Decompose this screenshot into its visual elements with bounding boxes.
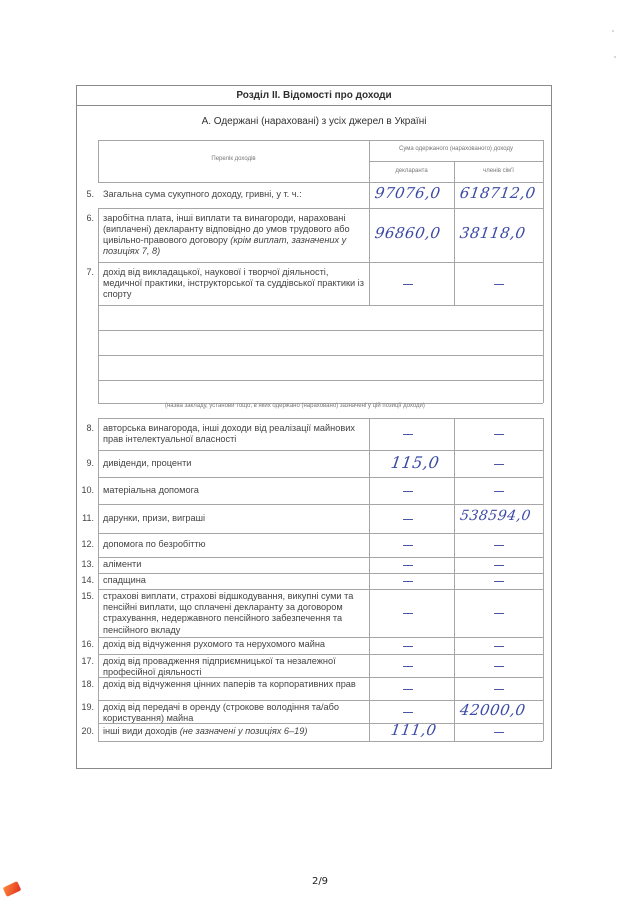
- row-label-note: (не зазначені у позиціях 6–19): [180, 726, 308, 736]
- table-border: [98, 654, 99, 677]
- empty-value-dash: [494, 646, 504, 647]
- table-border: [543, 418, 544, 450]
- row-number: 20.: [74, 726, 94, 736]
- table-border: [454, 208, 455, 262]
- scan-speck: [612, 30, 614, 32]
- row-label: матеріальна допомога: [103, 485, 364, 496]
- empty-value-dash: [403, 666, 413, 667]
- table-border: [543, 504, 544, 533]
- row-label: дарунки, призи, виграші: [103, 513, 364, 524]
- table-border: [369, 477, 370, 504]
- table-border: [454, 589, 455, 637]
- row-label-text: Загальна сума сукупного доходу, гривні, …: [103, 189, 302, 199]
- table-border: [454, 450, 455, 477]
- row-number: 5.: [74, 189, 94, 199]
- row-label-text: авторська винагорода, інші доходи від ре…: [103, 423, 355, 444]
- table-border: [369, 418, 370, 450]
- table-border: [543, 589, 544, 637]
- family-value: 38118,0: [459, 224, 527, 242]
- row-number: 15.: [74, 591, 94, 601]
- table-border: [98, 700, 99, 723]
- table-border: [98, 637, 99, 654]
- row-label-text: дохід від викладацької, наукової і творч…: [103, 267, 364, 299]
- row-number: 13.: [74, 559, 94, 569]
- table-border: [454, 262, 455, 305]
- table-border: [98, 262, 543, 263]
- empty-value-dash: [494, 434, 504, 435]
- table-border: [543, 477, 544, 504]
- table-border: [543, 723, 544, 741]
- section-title: Розділ ІІ. Відомості про доходи: [77, 86, 551, 106]
- row-label: інші види доходів (не зазначені у позиці…: [103, 726, 364, 737]
- row-label: аліменти: [103, 559, 364, 570]
- row-label-text: допомога по безробіттю: [103, 539, 206, 549]
- row-label-text: дохід від провадження підприємницької та…: [103, 656, 336, 677]
- row-number: 16.: [74, 639, 94, 649]
- table-border: [98, 262, 99, 305]
- empty-value-dash: [403, 519, 413, 520]
- table-border: [98, 533, 543, 534]
- row-label-text: інші види доходів: [103, 726, 177, 736]
- row-number: 10.: [74, 485, 94, 495]
- empty-value-dash: [403, 434, 413, 435]
- row-label-text: дарунки, призи, виграші: [103, 513, 205, 523]
- empty-value-dash: [494, 464, 504, 465]
- table-border: [98, 723, 99, 741]
- empty-value-dash: [494, 565, 504, 566]
- table-border: [98, 589, 99, 637]
- empty-value-dash: [494, 689, 504, 690]
- table-border: [98, 418, 543, 419]
- table-border: [98, 654, 543, 655]
- declarant-value: 115,0: [390, 453, 441, 472]
- table-border: [454, 182, 455, 208]
- row-label-text: дохід від відчуження рухомого та нерухом…: [103, 639, 325, 649]
- empty-value-dash: [494, 545, 504, 546]
- family-value: 42000,0: [459, 701, 527, 719]
- table-border: [369, 654, 370, 677]
- row-label-text: аліменти: [103, 559, 141, 569]
- table-border: [98, 450, 99, 477]
- table-border: [98, 355, 543, 356]
- table-border: [98, 557, 543, 558]
- row-label-text: страхові виплати, страхові відшкодування…: [103, 591, 353, 635]
- institution-note: (назва закладу, установи тощо, в яких од…: [165, 403, 425, 409]
- row-label-text: дивіденди, проценти: [103, 458, 191, 468]
- table-border: [454, 677, 455, 700]
- family-header: членів сім'ї: [454, 168, 543, 174]
- table-border: [98, 533, 99, 557]
- table-border: [369, 637, 370, 654]
- empty-value-dash: [494, 613, 504, 614]
- row-label-text: матеріальна допомога: [103, 485, 199, 495]
- table-border: [98, 477, 99, 504]
- table-border: [454, 504, 455, 533]
- declarant-value: 111,0: [390, 721, 438, 739]
- table-border: [98, 741, 543, 742]
- empty-value-dash: [494, 491, 504, 492]
- table-border: [98, 573, 99, 589]
- amount-header: Сума одержаного (нарахованого) доходу: [369, 146, 543, 152]
- list-header: Перелік доходів: [98, 156, 369, 162]
- row-label-text: спадщина: [103, 575, 146, 585]
- empty-value-dash: [494, 666, 504, 667]
- table-border: [543, 533, 544, 557]
- empty-value-dash: [494, 732, 504, 733]
- table-border: [543, 637, 544, 654]
- table-border: [543, 305, 544, 403]
- table-border: [369, 677, 370, 700]
- row-label: авторська винагорода, інші доходи від ре…: [103, 423, 364, 445]
- table-border: [98, 182, 543, 183]
- table-border: [543, 654, 544, 677]
- empty-value-dash: [403, 491, 413, 492]
- table-border: [454, 418, 455, 450]
- table-border: [98, 305, 99, 403]
- row-number: 12.: [74, 539, 94, 549]
- table-border: [98, 140, 543, 141]
- table-border: [543, 557, 544, 573]
- family-value: 538594,0: [459, 508, 532, 524]
- table-border: [98, 305, 543, 306]
- table-border: [543, 140, 544, 183]
- row-label: спадщина: [103, 575, 364, 586]
- table-border: [98, 380, 543, 381]
- table-border: [98, 450, 543, 451]
- table-border: [454, 723, 455, 741]
- row-number: 6.: [74, 213, 94, 223]
- empty-value-dash: [403, 646, 413, 647]
- table-border: [369, 262, 370, 305]
- row-number: 17.: [74, 656, 94, 666]
- row-label: страхові виплати, страхові відшкодування…: [103, 591, 364, 636]
- row-label: дохід від провадження підприємницької та…: [103, 656, 364, 678]
- row-number: 18.: [74, 679, 94, 689]
- table-border: [543, 450, 544, 477]
- empty-value-dash: [403, 581, 413, 582]
- table-border: [369, 700, 370, 723]
- row-label-text: дохід від відчуження цінних паперів та к…: [103, 679, 356, 689]
- table-border: [543, 208, 544, 262]
- table-border: [98, 418, 99, 450]
- table-border: [369, 533, 370, 557]
- table-border: [98, 589, 543, 590]
- family-value: 618712,0: [459, 184, 537, 202]
- declarant-value: 96860,0: [374, 224, 442, 242]
- row-number: 19.: [74, 702, 94, 712]
- row-number: 14.: [74, 575, 94, 585]
- table-border: [98, 330, 543, 331]
- row-label: дивіденди, проценти: [103, 458, 364, 469]
- table-border: [454, 533, 455, 557]
- empty-value-dash: [403, 545, 413, 546]
- table-border: [369, 589, 370, 637]
- row-label: дохід від відчуження рухомого та нерухом…: [103, 639, 364, 650]
- row-label: Загальна сума сукупного доходу, гривні, …: [103, 189, 364, 200]
- page-number: 2/9: [0, 876, 640, 887]
- row-label: дохід від відчуження цінних паперів та к…: [103, 679, 364, 690]
- table-border: [454, 637, 455, 654]
- row-number: 7.: [74, 267, 94, 277]
- table-border: [543, 182, 544, 208]
- table-border: [369, 573, 370, 589]
- empty-value-dash: [403, 689, 413, 690]
- empty-value-dash: [403, 565, 413, 566]
- table-border: [98, 637, 543, 638]
- table-border: [98, 477, 543, 478]
- row-number: 11.: [74, 513, 94, 523]
- table-border: [454, 573, 455, 589]
- empty-value-dash: [403, 712, 413, 713]
- subsection-title: А. Одержані (нараховані) з усіх джерел в…: [77, 116, 551, 127]
- empty-value-dash: [494, 581, 504, 582]
- scan-speck: [614, 56, 616, 58]
- table-border: [98, 677, 99, 700]
- table-border: [369, 208, 370, 262]
- row-label: допомога по безробіттю: [103, 539, 364, 550]
- table-border: [98, 573, 543, 574]
- table-border: [369, 557, 370, 573]
- table-border: [369, 161, 543, 162]
- table-border: [543, 262, 544, 305]
- table-border: [369, 723, 370, 741]
- row-number: 8.: [74, 423, 94, 433]
- table-border: [369, 504, 370, 533]
- row-number: 9.: [74, 458, 94, 468]
- declarant-value: 97076,0: [374, 184, 442, 202]
- table-border: [98, 208, 543, 209]
- table-border: [454, 700, 455, 723]
- table-border: [98, 557, 99, 573]
- table-border: [454, 477, 455, 504]
- row-label-text: дохід від передачі в оренду (строкове во…: [103, 702, 339, 723]
- row-label: заробітна плата, інші виплати та винагор…: [103, 213, 364, 258]
- table-border: [454, 557, 455, 573]
- table-border: [369, 182, 370, 208]
- empty-value-dash: [403, 284, 413, 285]
- table-border: [98, 208, 99, 262]
- declarant-header: декларанта: [369, 168, 454, 174]
- table-border: [543, 677, 544, 700]
- table-border: [369, 450, 370, 477]
- empty-value-dash: [494, 284, 504, 285]
- row-label: дохід від передачі в оренду (строкове во…: [103, 702, 364, 724]
- table-border: [98, 504, 543, 505]
- table-border: [543, 573, 544, 589]
- row-label: дохід від викладацької, наукової і творч…: [103, 267, 364, 301]
- table-border: [98, 504, 99, 533]
- table-border: [543, 700, 544, 723]
- table-border: [454, 654, 455, 677]
- empty-value-dash: [403, 613, 413, 614]
